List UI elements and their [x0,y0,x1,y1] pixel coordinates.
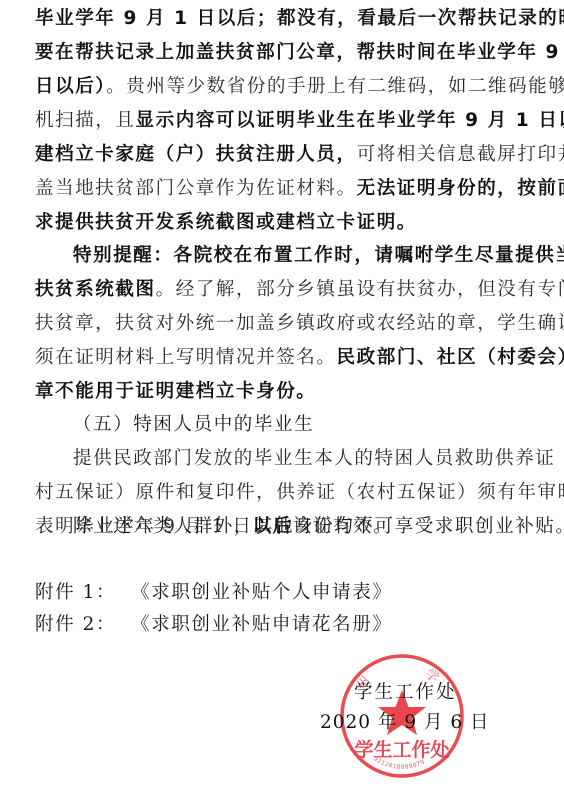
section-five-line: 提供民政部门发放的毕业生本人的特困人员救助供养证（农 [73,444,529,474]
attachment-2-title[interactable]: 《求职创业补贴申请花名册》 [131,614,392,635]
bold-text: 无法证明身份的，按前面要 [357,178,564,199]
bold-text: 章不能用于证明建档立卡身份。 [35,381,316,402]
body-text: 村五保证）原件和复印件，供养证（农村五保证）须有年审时间， [35,482,564,503]
special-reminder-line: 须在证明材料上写明情况并签名。民政部门、社区（村委会）的 [35,343,529,373]
bold-text: 显示内容可以证明毕业生在毕业学年 9 月 1 日以后为 [136,110,564,131]
signature-office: 学生工作处 [354,678,457,704]
body-text: 可将相关信息截屏打印并加 [357,144,564,165]
attachment-2[interactable]: 附件 2： 《求职创业补贴申请花名册》 [35,610,392,640]
body-text: 提供民政部门发放的毕业生本人的特困人员救助供养证（农 [73,448,564,469]
bold-text: 毕业学年 9 月 1 日以后；都没有，看最后一次帮扶记录的时间， [35,8,564,29]
section-five-line: 村五保证）原件和复印件，供养证（农村五保证）须有年审时间， [35,478,529,508]
body-text: 扶贫章，扶贫对外统一加盖乡镇政府或农经站的章，学生确认后 [35,313,564,334]
signature-date: 2020 年 9 月 6 日 [320,708,490,734]
paragraph-continuation-line: 要在帮扶记录上加盖扶贫部门公章，帮扶时间在毕业学年 9 月 1 [35,38,529,68]
special-reminder-line: 特别提醒：各院校在布置工作时，请嘱咐学生尽量提供当地 [73,241,529,271]
summary-paragraph: 除上述六类人群外，其他身份均不可享受求职创业补贴。 [73,512,564,542]
paragraph-continuation-line: 求提供扶贫开发系统截图或建档立卡证明。 [35,208,417,238]
body-text: 。贵州等少数省份的手册上有二维码，如二维码能够手 [106,76,564,97]
attachment-1[interactable]: 附件 1： 《求职创业补贴个人申请表》 [35,578,392,608]
body-text: 。经了解，部分乡镇虽设有扶贫办，但没有专门的 [156,279,564,300]
paragraph-continuation-line: 毕业学年 9 月 1 日以后；都没有，看最后一次帮扶记录的时间， [35,4,529,34]
special-reminder-line: 章不能用于证明建档立卡身份。 [35,377,316,407]
bold-text: 建档立卡家庭（户）扶贫注册人员， [35,144,357,165]
paragraph-continuation-line: 盖当地扶贫部门公章作为佐证材料。无法证明身份的，按前面要 [35,174,529,204]
bold-text: 民政部门、社区（村委会）的 [337,347,564,368]
attachment-1-label: 附件 1： [35,582,116,603]
section-five-heading: （五）特困人员中的毕业生 [73,410,314,440]
bold-text: 日以后） [35,76,106,97]
attachment-1-title[interactable]: 《求职创业补贴个人申请表》 [131,582,392,603]
paragraph-continuation-line: 建档立卡家庭（户）扶贫注册人员，可将相关信息截屏打印并加 [35,140,529,170]
special-reminder-line: 扶贫章，扶贫对外统一加盖乡镇政府或农经站的章，学生确认后 [35,309,529,339]
bold-text: 扶贫系统截图 [35,279,156,300]
bold-text: 要在帮扶记录上加盖扶贫部门公章，帮扶时间在毕业学年 9 月 1 [35,42,564,63]
svg-text:学生工作处: 学生工作处 [354,738,449,761]
bold-text: 特别提醒：各院校在布置工作时，请嘱咐学生尽量提供当地 [73,245,564,266]
attachment-2-label: 附件 2： [35,614,116,635]
body-text: 须在证明材料上写明情况并签名。 [35,347,337,368]
bold-text: 求提供扶贫开发系统截图或建档立卡证明。 [35,212,417,233]
paragraph-continuation-line: 日以后）。贵州等少数省份的手册上有二维码，如二维码能够手 [35,72,529,102]
special-reminder-line: 扶贫系统截图。经了解，部分乡镇虽设有扶贫办，但没有专门的 [35,275,529,305]
body-text: 机扫描，且 [35,110,136,131]
paragraph-continuation-line: 机扫描，且显示内容可以证明毕业生在毕业学年 9 月 1 日以后为 [35,106,529,136]
body-text: 盖当地扶贫部门公章作为佐证材料。 [35,178,357,199]
